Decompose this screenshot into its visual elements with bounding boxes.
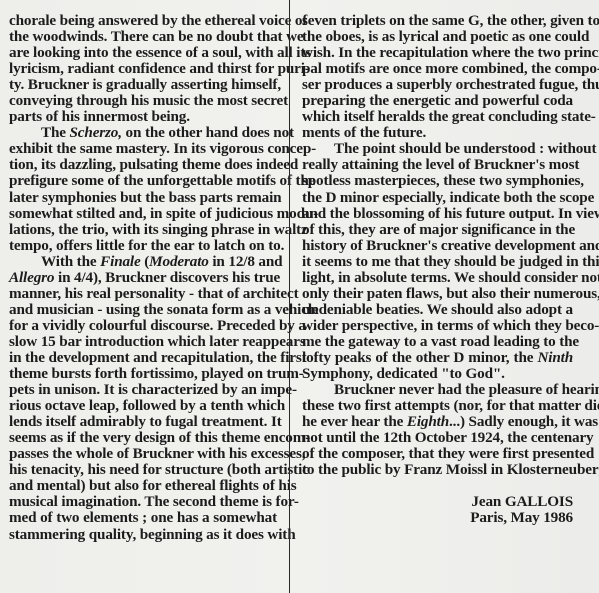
text-line: it seems to me that they should be judge… [302,254,573,270]
text-line: of the composer, that they were first pr… [302,446,573,462]
text-line: seems as if the very design of this them… [9,430,277,446]
text-line: Allegro in 4/4), Bruckner discovers his … [9,270,277,286]
paragraph-start-point: The point should be understood : without [302,141,573,157]
text-fragment: in 12/8 and [209,253,283,270]
text-fragment: on the other hand does not [122,124,294,141]
text-line: theme bursts forth fortissimo, played on… [9,366,277,382]
author-name: Jean GALLOIS [302,494,573,510]
text-fragment: The [41,124,70,141]
paragraph-start-bruckner-never: Bruckner never had the pleasure of heari… [302,382,573,398]
text-line: are looking into the essence of a soul, … [9,45,277,61]
text-fragment: With the [41,253,100,270]
text-line: spotless masterpieces, these two symphon… [302,173,573,189]
column-divider [289,0,290,593]
text-line: the oboes, is as lyrical and poetic as o… [302,29,573,45]
text-line: lofty peaks of the other D minor, the Ni… [302,350,573,366]
text-line: which itself heralds the great concludin… [302,109,573,125]
text-line: wish. In the recapitulation where the tw… [302,45,573,61]
text-fragment: lofty peaks of the other D minor, the [302,349,537,366]
text-line: really attaining the level of Bruckner's… [302,157,573,173]
text-line: ser produces a superbly orchestrated fug… [302,77,573,93]
text-line: the woodwinds. There can be no doubt tha… [9,29,277,45]
paragraph-start-finale: With the Finale (Moderato in 12/8 and [9,254,277,270]
text-line: musical imagination. The second theme is… [9,494,277,510]
text-line: parts of his innermost being. [9,109,277,125]
text-line: undeniable beaties. We should also adopt… [302,302,573,318]
text-line: conveying through his music the most sec… [9,93,277,109]
text-line: ty. Bruckner is gradually asserting hims… [9,77,277,93]
italic-term-ninth: Ninth [537,349,573,366]
text-line: seven triplets on the same G, the other,… [302,13,573,29]
text-line: slow 15 bar introduction which later rea… [9,334,277,350]
text-line: preparing the energetic and powerful cod… [302,93,573,109]
right-column: seven triplets on the same G, the other,… [302,13,573,526]
text-line: me the gateway to a vast road leading to… [302,334,573,350]
text-line: lends itself admirably to fugal treatmen… [9,414,277,430]
text-fragment: in 4/4), Bruckner discovers his true [54,269,280,286]
text-line: exhibit the same mastery. In its vigorou… [9,141,277,157]
text-line: later symphonies but the bass parts rema… [9,190,277,206]
text-fragment: ...) Sadly enough, it was [449,413,598,430]
text-line: pal motifs are once more combined, the c… [302,61,573,77]
text-line: history of Bruckner's creative developme… [302,238,573,254]
left-column: chorale being answered by the ethereal v… [9,13,277,543]
italic-term-allegro: Allegro [9,269,54,286]
text-line: these two first attempts (nor, for that … [302,398,573,414]
text-line: passes the whole of Bruckner with his ex… [9,446,277,462]
text-line: and the blossoming of his future output.… [302,206,573,222]
text-line: rious octave leap, followed by a tenth w… [9,398,277,414]
text-line: the D minor especially, indicate both th… [302,190,573,206]
text-line: pets in unison. It is characterized by a… [9,382,277,398]
booklet-page: chorale being answered by the ethereal v… [0,0,599,593]
text-line: ments of the future. [302,125,573,141]
italic-term-moderato: Moderato [149,253,209,270]
paragraph-start-scherzo: The Scherzo, on the other hand does not [9,125,277,141]
italic-term-scherzo: Scherzo, [70,124,122,141]
text-fragment: ( [141,253,150,270]
text-line: of this, they are of major significance … [302,222,573,238]
text-line: prefigure some of the unforgettable moti… [9,173,277,189]
italic-term-eighth: Eighth [407,413,449,430]
text-fragment: he ever hear the [302,413,407,430]
text-line: tempo, offers little for the ear to latc… [9,238,277,254]
text-line: for a vividly colourful discourse. Prece… [9,318,277,334]
text-line: lyricism, radiant confidence and thirst … [9,61,277,77]
text-line: chorale being answered by the ethereal v… [9,13,277,29]
text-line: Symphony, dedicated "to God". [302,366,573,382]
text-line: not until the 12th October 1924, the cen… [302,430,573,446]
text-line: and mental) but also for ethereal flight… [9,478,277,494]
text-line: in the development and recapitulation, t… [9,350,277,366]
text-line: manner, his real personality - that of a… [9,286,277,302]
text-line: lations, the trio, with its singing phra… [9,222,277,238]
signature-spacer [302,478,573,494]
text-line: to the public by Franz Moissl in Kloster… [302,462,573,478]
text-line: he ever hear the Eighth...) Sadly enough… [302,414,573,430]
text-line: only their paten flaws, but also their n… [302,286,573,302]
text-line: stammering quality, beginning as it does… [9,527,277,543]
text-line: wider perspective, in terms of which the… [302,318,573,334]
italic-term-finale: Finale [100,253,140,270]
place-date: Paris, May 1986 [302,510,573,526]
text-line: light, in absolute terms. We should cons… [302,270,573,286]
text-line: his tenacity, his need for structure (bo… [9,462,277,478]
text-line: med of two elements ; one has a somewhat [9,510,277,526]
text-line: somewhat stilted and, in spite of judici… [9,206,277,222]
text-line: and musician - using the sonata form as … [9,302,277,318]
text-line: tion, its dazzling, pulsating theme does… [9,157,277,173]
